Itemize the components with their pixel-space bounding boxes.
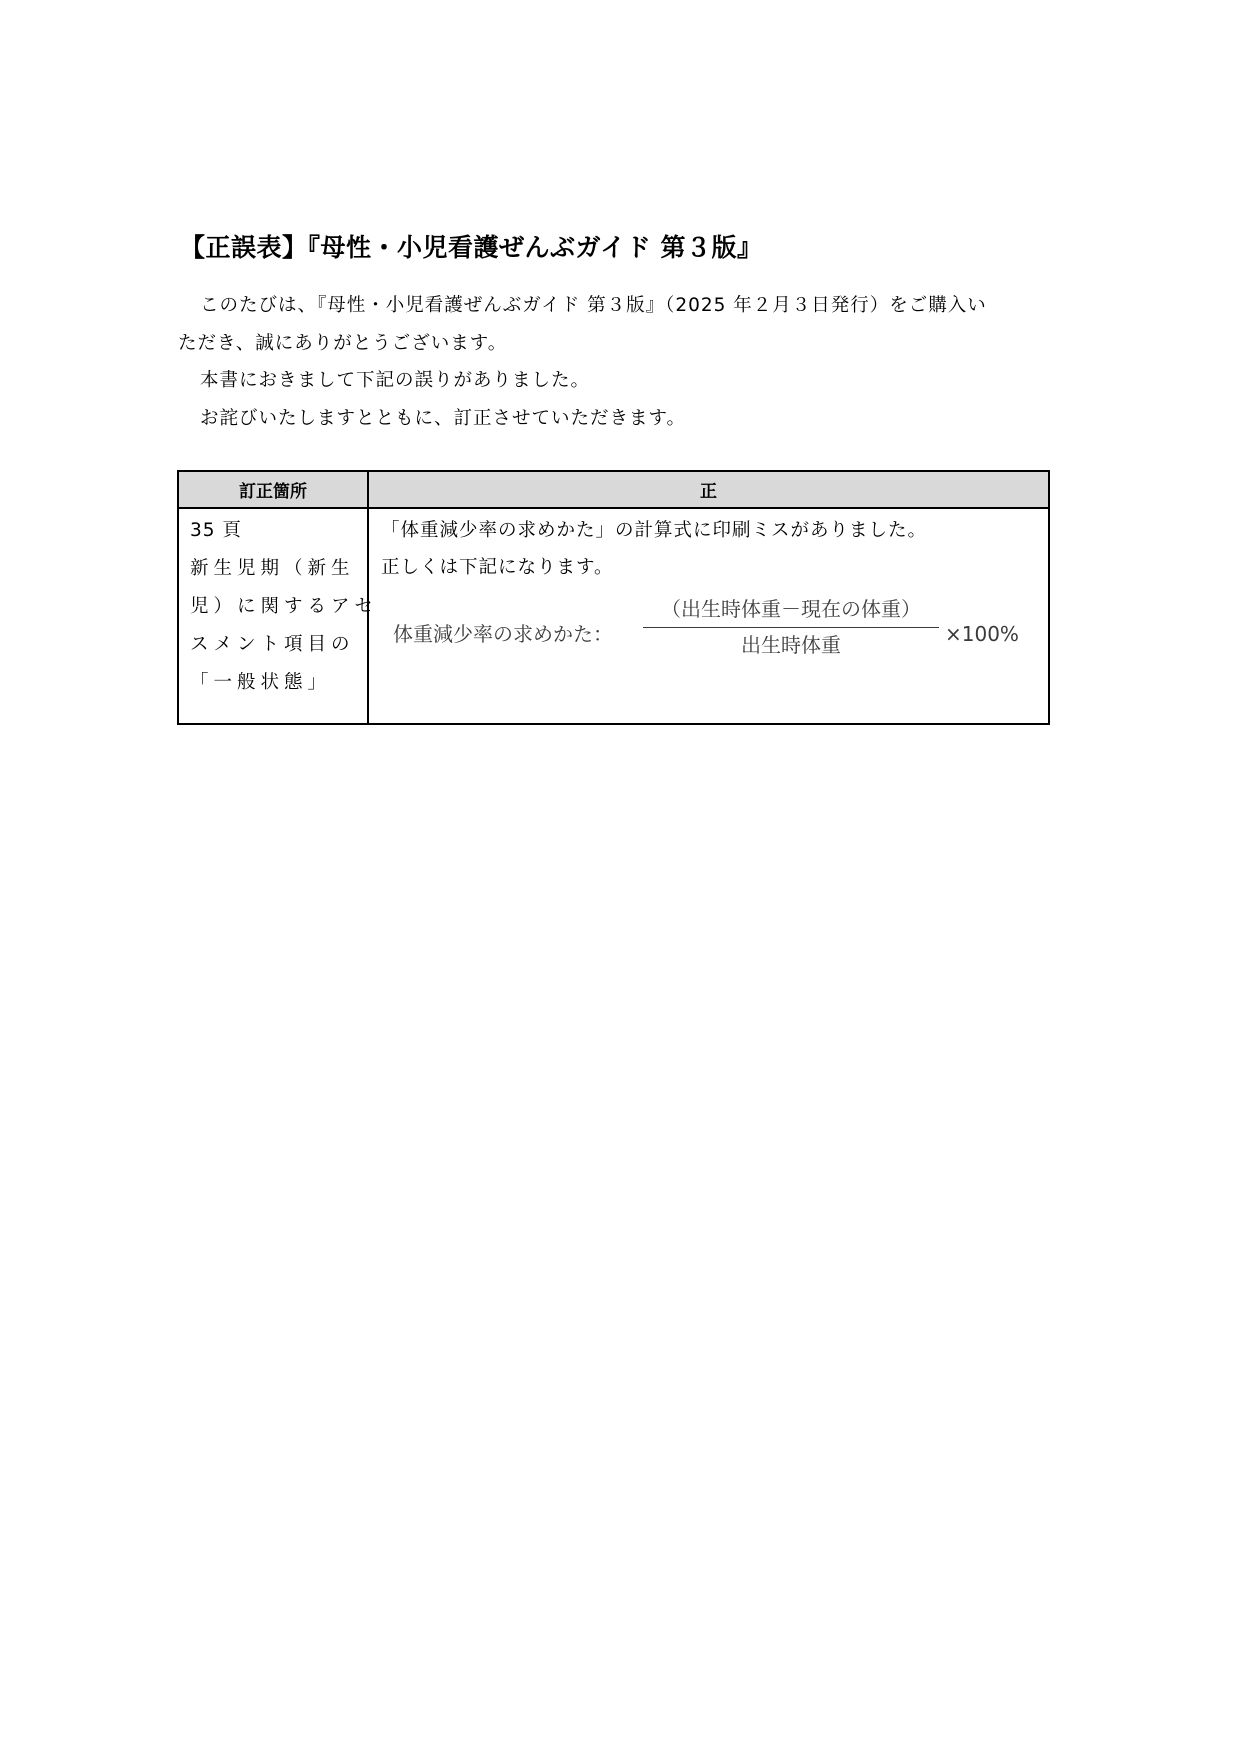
correct-line: 正しくは下記になります。 — [381, 549, 1040, 586]
location-page: 35 頁 — [190, 512, 359, 550]
table-row: 35 頁 新生児期（新生 児）に関するアセ スメント項目の 「一般状態」 「体重… — [178, 508, 1049, 724]
intro-paragraph: このたびは、『母性・小児看護ぜんぶガイド 第３版』（2025 年２月３日発行）を… — [178, 287, 1078, 437]
errata-table: 訂正箇所 正 35 頁 新生児期（新生 児）に関するアセ スメント項目の 「一般… — [177, 470, 1050, 725]
formula-denominator: 出生時体重 — [643, 628, 939, 662]
location-line: 新生児期（新生 — [190, 550, 359, 588]
page-title: 【正誤表】『母性・小児看護ぜんぶガイド 第３版』 — [180, 228, 762, 264]
header-location: 訂正箇所 — [178, 471, 368, 508]
location-line: 「一般状態」 — [190, 664, 359, 702]
weight-loss-formula: 体重減少率の求めかた： （出生時体重－現在の体重） 出生時体重 ×100% — [381, 592, 1040, 682]
intro-line-2: ただき、誠にありがとうございます。 — [178, 325, 1078, 363]
location-line: スメント項目の — [190, 626, 359, 664]
location-cell: 35 頁 新生児期（新生 児）に関するアセ スメント項目の 「一般状態」 — [178, 508, 368, 724]
table-header-row: 訂正箇所 正 — [178, 471, 1049, 508]
formula-multiplier: ×100% — [945, 616, 1019, 653]
correct-cell: 「体重減少率の求めかた」の計算式に印刷ミスがありました。 正しくは下記になります… — [368, 508, 1049, 724]
intro-line-4: お詫びいたしますとともに、訂正させていただきます。 — [178, 400, 1078, 438]
formula-fraction: （出生時体重－現在の体重） 出生時体重 — [643, 592, 939, 662]
formula-numerator: （出生時体重－現在の体重） — [643, 592, 939, 626]
location-line: 児）に関するアセ — [190, 588, 359, 626]
intro-line-3: 本書におきまして下記の誤りがありました。 — [178, 362, 1078, 400]
intro-line-1: このたびは、『母性・小児看護ぜんぶガイド 第３版』（2025 年２月３日発行）を… — [178, 287, 1078, 325]
formula-label: 体重減少率の求めかた： — [393, 616, 613, 653]
correct-line: 「体重減少率の求めかた」の計算式に印刷ミスがありました。 — [381, 512, 1040, 549]
header-correct: 正 — [368, 471, 1049, 508]
